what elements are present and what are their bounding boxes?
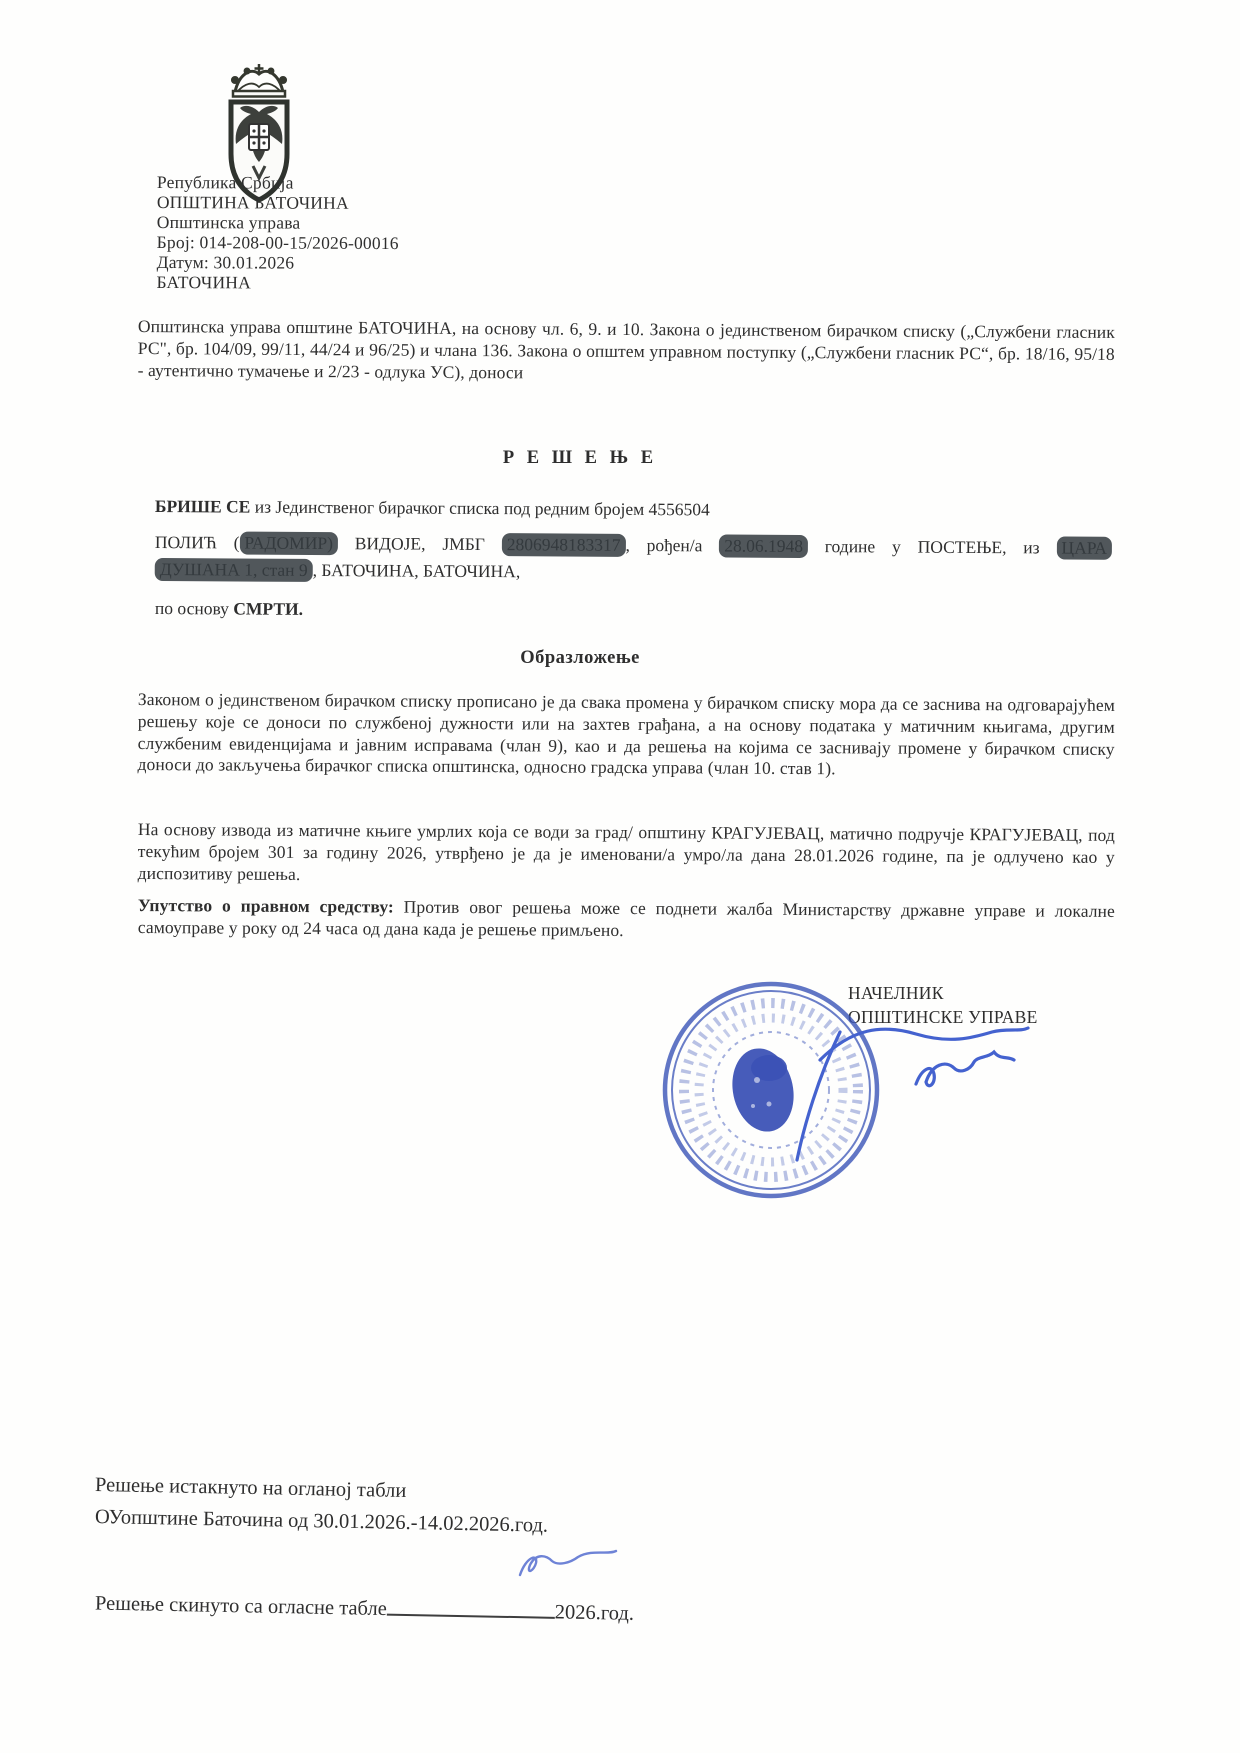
redacted-birth-date: 28.06.1948	[719, 534, 808, 558]
person-given-name: ВИДОЈЕ, ЈМБГ	[338, 533, 502, 554]
letterhead-country: Република Србија	[157, 172, 399, 193]
letterhead-place: БАТОЧИНА	[156, 272, 398, 293]
document-page: Република Србија ОПШТИНА БАТОЧИНА Општин…	[0, 0, 1240, 1753]
letterhead-administration: Општинска управа	[157, 212, 399, 233]
person-surname: ПОЛИЋ (	[155, 532, 240, 553]
letterhead: Република Србија ОПШТИНА БАТОЧИНА Општин…	[156, 172, 399, 293]
letterhead-municipality: ОПШТИНА БАТОЧИНА	[157, 192, 399, 213]
legal-remedy-paragraph: Упутство о правном средству: Против овог…	[138, 895, 1115, 945]
person-municipality: , БАТОЧИНА, БАТОЧИНА,	[313, 560, 521, 581]
basis-cause: СМРТИ.	[233, 598, 303, 618]
person-details: ПОЛИЋ (РАДОМИР) ВИДОЈЕ, ЈМБГ 28069481833…	[155, 529, 1112, 589]
rationale-paragraph-1: Законом о јединственом бирачком списку п…	[137, 689, 1115, 782]
redacted-street-part2: ДУШАНА 1, стан 9	[155, 558, 313, 582]
intro-paragraph: Општинска управа општине БАТОЧИНА, на ос…	[138, 316, 1115, 387]
removed-notice-line: Решење скинуто са огласне табле2026.год.	[95, 1587, 635, 1629]
person-born-label: , рођен/а	[625, 535, 719, 556]
initials-signature-icon	[512, 1545, 622, 1585]
redacted-father-name: РАДОМИР)	[239, 532, 338, 556]
letterhead-date: Датум: 30.01.2026	[157, 252, 399, 273]
rationale-title: Образложење	[140, 648, 1020, 669]
decision-lead-rest: из Јединственог бирачког списка под редн…	[250, 497, 710, 520]
rationale-paragraph-2: На основу извода из матичне књиге умрлих…	[138, 819, 1115, 890]
basis-line: по основу СМРТИ.	[155, 598, 303, 620]
signature-icon	[702, 998, 1042, 1168]
posted-notice-line1: Решење истакнуто на огланој табли	[95, 1470, 407, 1506]
decision-lead-action: БРИШЕ СЕ	[155, 496, 251, 517]
redacted-street-part1: ЦАРА	[1056, 537, 1112, 560]
decision-title: Р Е Ш Е Њ Е	[140, 448, 1020, 469]
basis-prefix: по основу	[155, 598, 233, 618]
removed-notice-prefix: Решење скинуто са огласне табле	[95, 1593, 387, 1621]
legal-remedy-label: Упутство о правном средству:	[138, 895, 394, 917]
decision-lead: БРИШЕ СЕ из Јединственог бирачког списка…	[155, 496, 1113, 523]
person-birthplace: године у ПОСТЕЊЕ, из	[808, 536, 1057, 558]
posted-notice-line2: ОУопштине Баточина од 30.01.2026.-14.02.…	[95, 1502, 549, 1541]
blank-underline	[387, 1593, 555, 1619]
letterhead-case-number: Број: 014-208-00-15/2026-00016	[157, 232, 399, 253]
removed-notice-suffix: 2026.год.	[555, 1601, 635, 1625]
redacted-jmbg: 2806948183317	[502, 533, 626, 557]
